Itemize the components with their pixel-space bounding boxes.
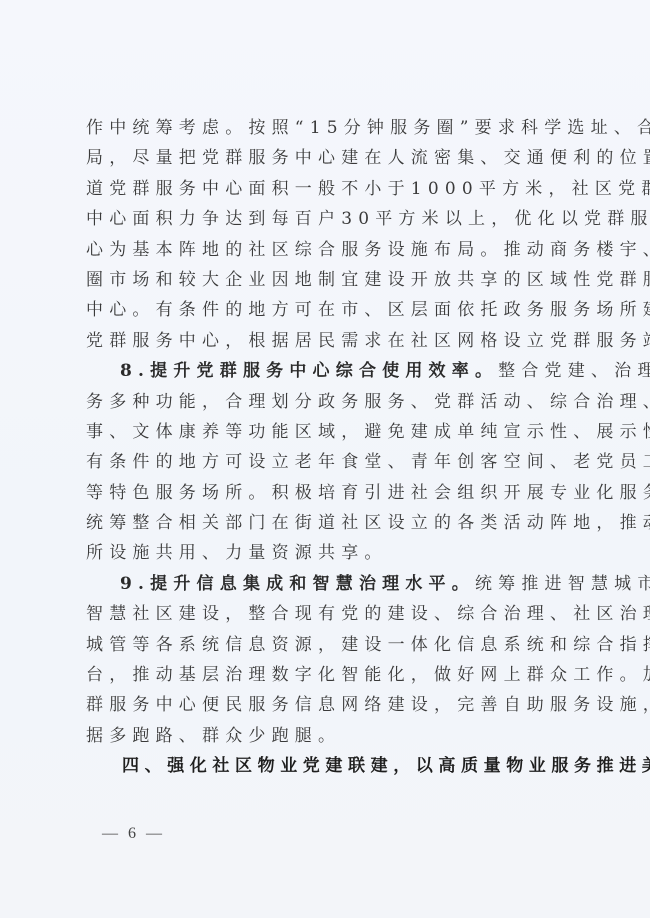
document-page: 作中统筹考虑。按照“15分钟服务圈”要求科学选址、合理布 局，尽量把党群服务中心… xyxy=(0,0,650,918)
paragraph-line: 智慧社区建设，整合现有党的建设、综合治理、社区治理、数字 xyxy=(86,599,570,629)
paragraph-line: 城管等各系统信息资源，建设一体化信息系统和综合指挥平 xyxy=(86,630,570,660)
paragraph-line: 群服务中心便民服务信息网络建设，完善自助服务设施，让数 xyxy=(86,690,570,720)
paragraph-line: 务多种功能，合理划分政务服务、党群活动、综合治理、协商议 xyxy=(86,387,570,417)
paragraph-line: 有条件的地方可设立老年食堂、青年创客空间、老党员工作室 xyxy=(86,447,570,477)
paragraph-line: 党群服务中心，根据居民需求在社区网格设立党群服务站点。 xyxy=(86,326,570,356)
paragraph-line: 所设施共用、力量资源共享。 xyxy=(86,538,570,568)
document-body: 作中统筹考虑。按照“15分钟服务圈”要求科学选址、合理布 局，尽量把党群服务中心… xyxy=(86,113,570,782)
item-8-text: 整合党建、治理、服 xyxy=(498,361,650,381)
item-9-title: 9.提升信息集成和智慧治理水平。 xyxy=(120,574,475,594)
item-9-text: 统筹推进智慧城市、 xyxy=(475,574,650,594)
page-number: — 6 — xyxy=(102,825,165,843)
item-9-first-line: 9.提升信息集成和智慧治理水平。统筹推进智慧城市、 xyxy=(86,569,570,599)
paragraph-line: 局，尽量把党群服务中心建在人流密集、交通便利的位置。街 xyxy=(86,143,570,173)
paragraph-line: 作中统筹考虑。按照“15分钟服务圈”要求科学选址、合理布 xyxy=(86,113,570,143)
section-heading: 四、强化社区物业党建联建，以高质量物业服务推进美好 xyxy=(86,751,570,781)
paragraph-line: 道党群服务中心面积一般不小于1000平方米，社区党群服务 xyxy=(86,174,570,204)
paragraph-line: 事、文体康养等功能区域，避免建成单纯宣示性、展示性场所。 xyxy=(86,417,570,447)
paragraph-line: 心为基本阵地的社区综合服务设施布局。推动商务楼宇、商 xyxy=(86,235,570,265)
paragraph-line: 圈市场和较大企业因地制宜建设开放共享的区域性党群服务 xyxy=(86,265,570,295)
paragraph-line: 中心面积力争达到每百户30平方米以上，优化以党群服务中 xyxy=(86,204,570,234)
paragraph-line: 中心。有条件的地方可在市、区层面依托政务服务场所建立 xyxy=(86,295,570,325)
item-8-title: 8.提升党群服务中心综合使用效率。 xyxy=(120,361,498,381)
paragraph-line: 台，推动基层治理数字化智能化，做好网上群众工作。加强党 xyxy=(86,660,570,690)
item-8-first-line: 8.提升党群服务中心综合使用效率。整合党建、治理、服 xyxy=(86,356,570,386)
paragraph-line: 据多跑路、群众少跑腿。 xyxy=(86,721,570,751)
paragraph-line: 等特色服务场所。积极培育引进社会组织开展专业化服务。 xyxy=(86,478,570,508)
paragraph-line: 统筹整合相关部门在街道社区设立的各类活动阵地，推动场 xyxy=(86,508,570,538)
